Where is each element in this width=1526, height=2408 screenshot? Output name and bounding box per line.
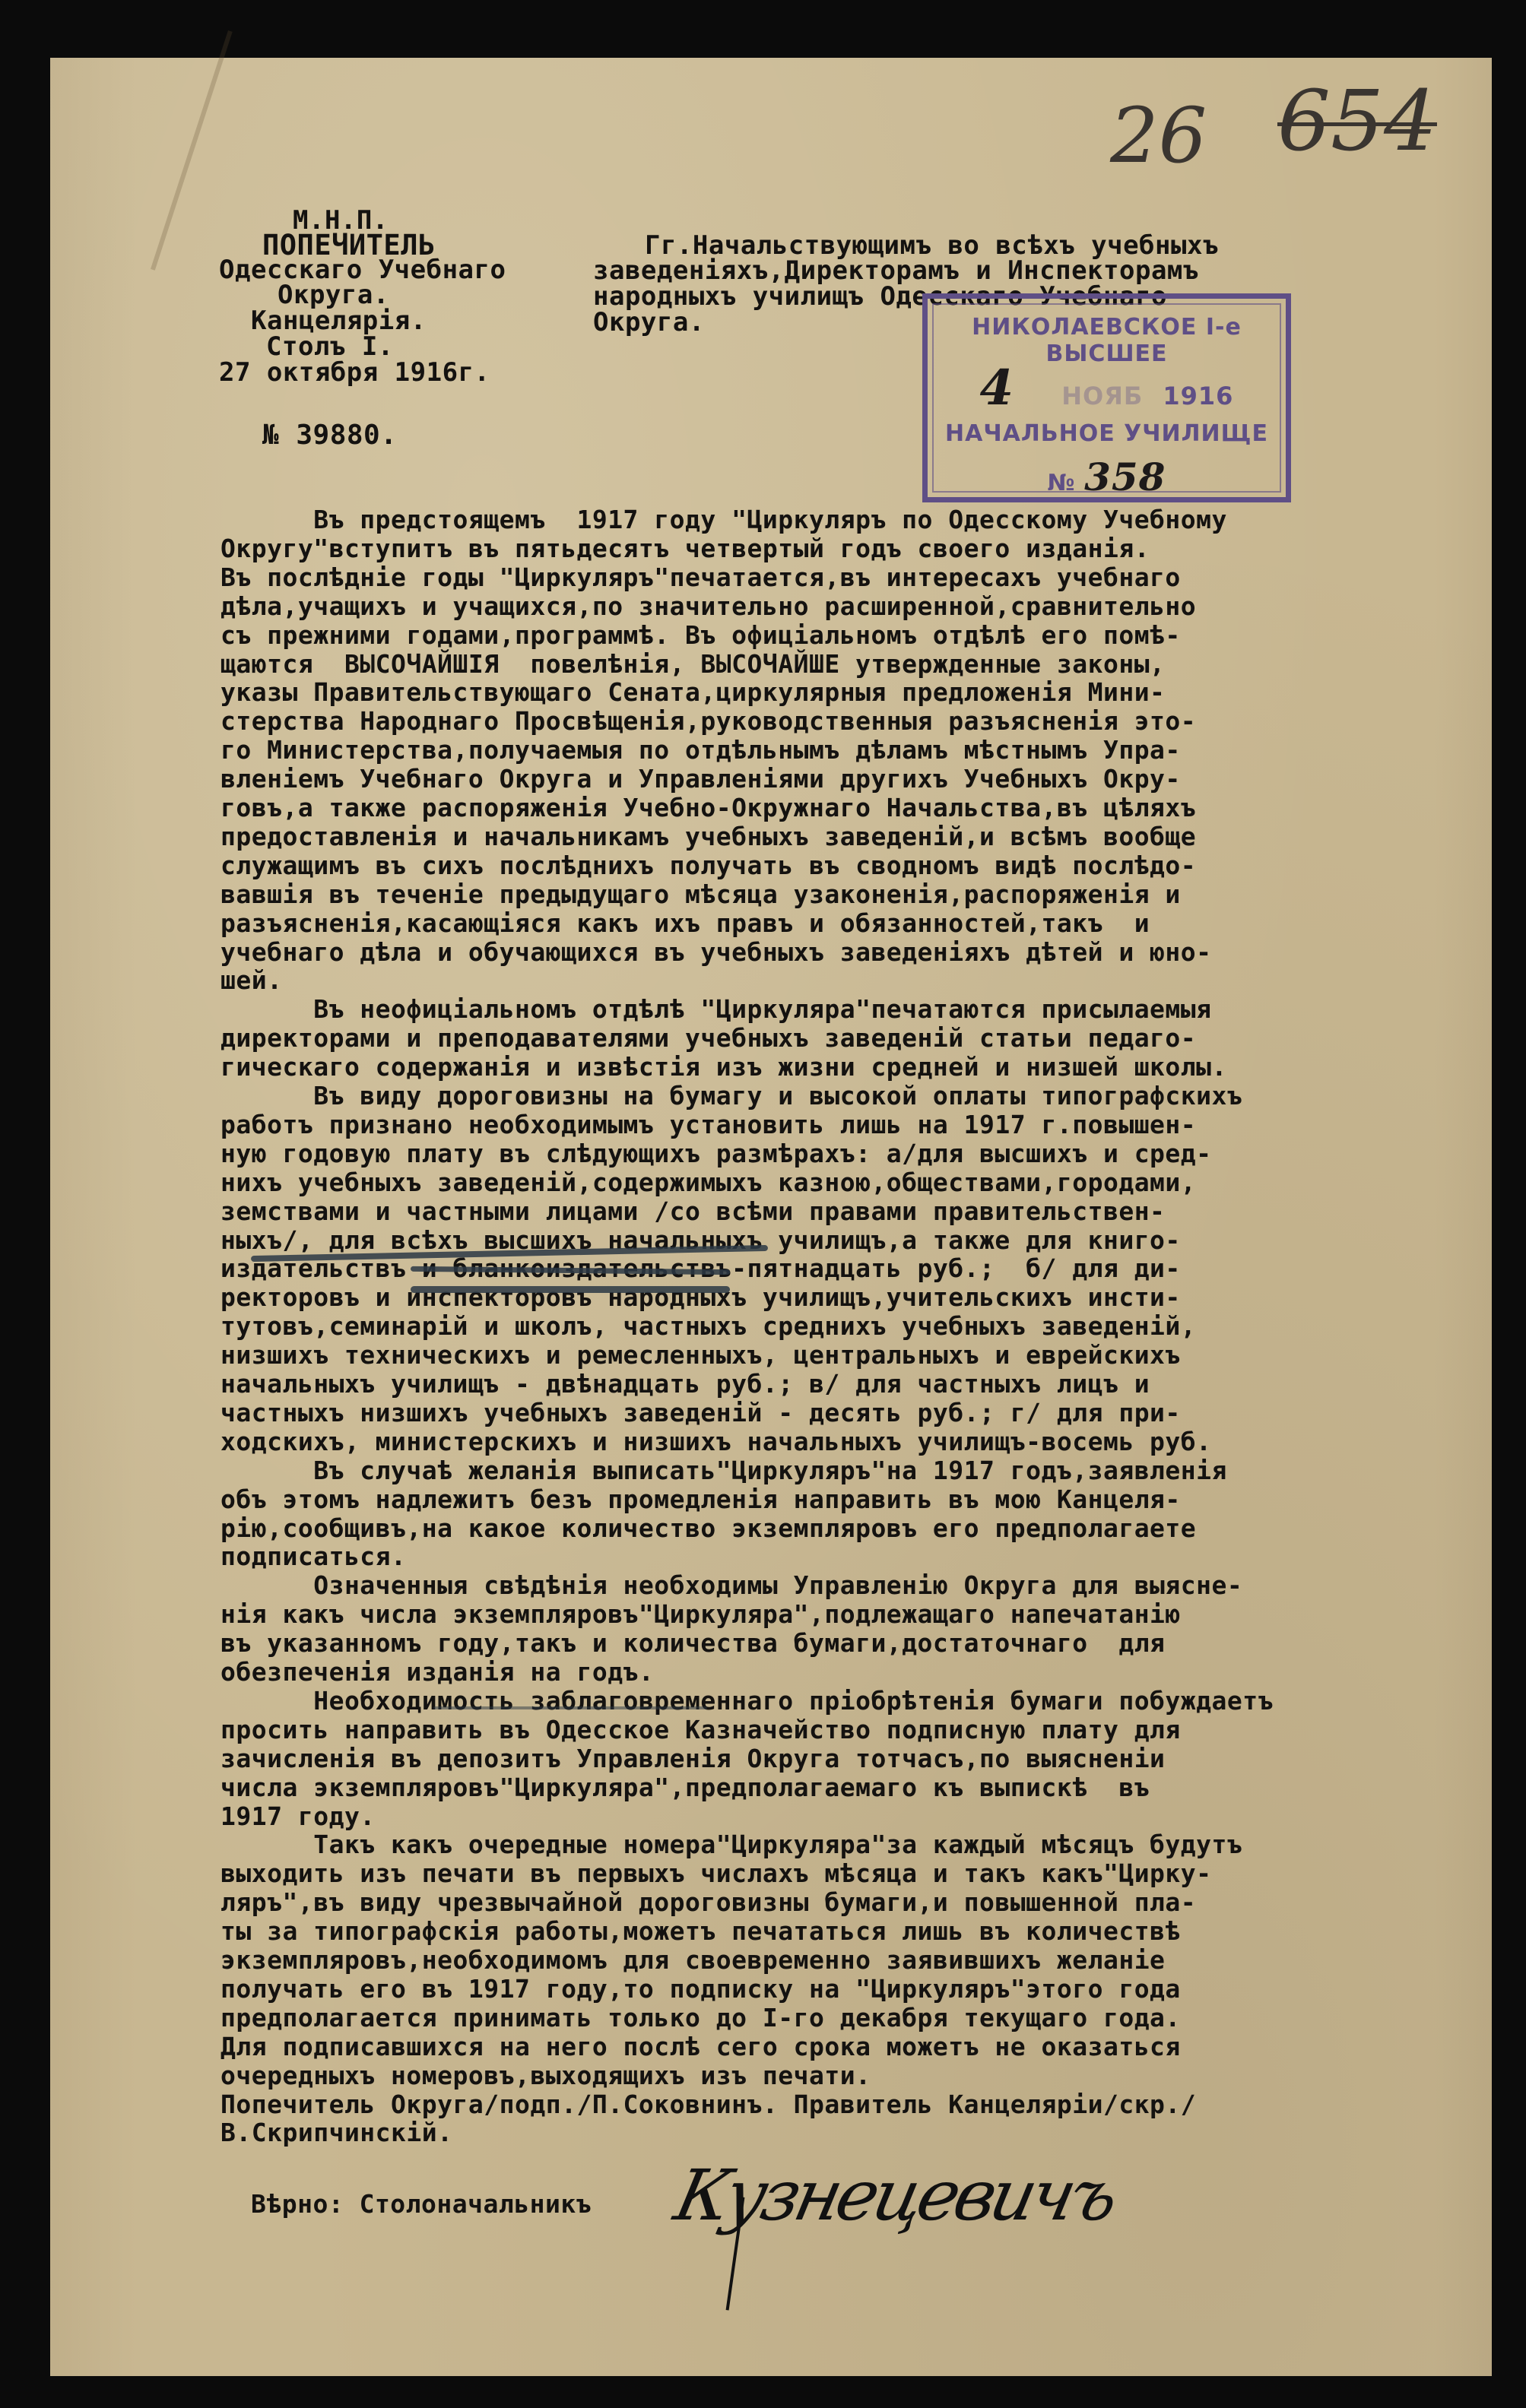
body-line: Округу"вступитъ въ пятьдесятъ четвертый …: [220, 534, 1150, 563]
body-line: вленіемъ Учебнаго Округа и Управленіями …: [220, 765, 1181, 794]
body-line: съ прежними годами,программѣ. Въ офиціал…: [220, 621, 1181, 650]
body-line: учебнаго дѣла и обучающихся въ учебныхъ …: [220, 938, 1212, 967]
body-line: говъ,а также распоряженія Учебно-Окружна…: [220, 794, 1196, 822]
body-line: щаются ВЫСОЧАЙШІЯ повелѣнія, ВЫСОЧАЙШЕ у…: [220, 650, 1165, 679]
pen-underline-mark: [433, 1706, 707, 1709]
stamp-year: 1916: [1163, 382, 1233, 410]
body-line: обезпеченія изданія на годъ.: [220, 1658, 654, 1687]
body-line: 1917 году.: [220, 1802, 376, 1831]
body-line: ты за типографскія работы,можетъ печатат…: [220, 1917, 1181, 1946]
stamp-number-label: №: [1048, 470, 1076, 496]
body-line: директорами и преподавателями учебныхъ з…: [220, 1024, 1196, 1053]
stamp-number: № 358: [928, 455, 1286, 499]
body-line: Въ неофиціальномъ отдѣлѣ "Циркуляра"печа…: [220, 995, 1212, 1024]
body-line: частныхъ низшихъ учебныхъ заведеній - де…: [220, 1399, 1181, 1427]
body-line: ную годовую плату въ слѣдующихъ размѣрах…: [220, 1139, 1212, 1168]
body-line: нія какъ числа экземпляровъ"Циркуляра",п…: [220, 1600, 1181, 1629]
body-line: Въ послѣдніе годы "Циркуляръ"печатается,…: [220, 563, 1181, 592]
body-line: выходить изъ печати въ первыхъ числахъ м…: [220, 1859, 1212, 1888]
body-line: получать его въ 1917 году,то подписку на…: [220, 1975, 1181, 2004]
stamp-number-handwritten: 358: [1084, 455, 1166, 501]
body-line: Означенныя свѣдѣнія необходимы Управлені…: [220, 1571, 1242, 1600]
body-line: указы Правительствующаго Сената,циркуляр…: [220, 678, 1165, 707]
body-line: предоставленія и начальникамъ учебныхъ з…: [220, 822, 1196, 851]
body-line: числа экземпляровъ"Циркуляра",предполага…: [220, 1773, 1150, 1802]
body-line: экземпляровъ,необходимомъ для своевремен…: [220, 1946, 1165, 1975]
body-line: Въ предстоящемъ 1917 году "Циркуляръ по …: [220, 505, 1227, 534]
body-line: подписаться.: [220, 1542, 406, 1571]
body-line: зачисленія въ депозитъ Управленія Округа…: [220, 1744, 1165, 1773]
body-line: рію,сообщивъ,на какое количество экземпл…: [220, 1514, 1196, 1543]
body-line: служащимъ въ сихъ послѣднихъ получать въ…: [220, 851, 1196, 880]
body-line: просить направить въ Одесское Казначейст…: [220, 1716, 1181, 1744]
body-line: го Министерства,получаемыя по отдѣльнымъ…: [220, 736, 1181, 765]
body-line: ходскихъ, министерскихъ и низшихъ началь…: [220, 1427, 1212, 1456]
body-line: гическаго содержанія и извѣстія изъ жизн…: [220, 1053, 1227, 1082]
body-line: Для подписавшихся на него послѣ сего сро…: [220, 2033, 1181, 2061]
body-line: дѣла,учащихъ и учащихся,по значительно р…: [220, 592, 1196, 621]
body-line: В.Скрипчинскій.: [220, 2118, 453, 2147]
stamp-date: 4 НОЯБ 1916: [928, 360, 1286, 417]
body-line: ляръ",въ виду чрезвычайной дороговизны б…: [220, 1888, 1196, 1917]
body-line: начальныхъ училищъ - двѣнадцать руб.; в/…: [220, 1370, 1150, 1399]
body-line: шей.: [220, 966, 282, 995]
addressee-line4: Округа.: [593, 307, 705, 337]
body-line: вавшія въ теченіе предыдущаго мѣсяца уза…: [220, 880, 1181, 909]
body-line: нихъ учебныхъ заведеній,содержимыхъ казн…: [220, 1168, 1196, 1197]
body-line: Необходимость заблаговременнаго пріобрѣт…: [220, 1687, 1274, 1716]
body-line: стерства Народнаго Просвѣщенія,руководст…: [220, 707, 1196, 736]
pen-underline-mark: [411, 1286, 730, 1293]
received-stamp: НИКОЛАЕВСКОЕ I-е ВЫСШЕЕ 4 НОЯБ 1916 НАЧА…: [922, 293, 1291, 502]
body-line: земствами и частными лицами /со всѣми пр…: [220, 1197, 1165, 1226]
body-line: очередныхъ номеровъ,выходящихъ изъ печат…: [220, 2061, 871, 2090]
body-line: объ этомъ надлежитъ безъ промедленія нап…: [220, 1485, 1181, 1514]
body-line: Въ виду дороговизны на бумагу и высокой …: [220, 1082, 1242, 1111]
body-line: работъ признано необходимымъ установить …: [220, 1111, 1196, 1139]
body-line: Попечитель Округа/подп./П.Соковнинъ. Пра…: [220, 2090, 1196, 2119]
stamp-day-handwritten: 4: [980, 360, 1015, 417]
body-line: въ указанномъ году,такъ и количества бум…: [220, 1629, 1165, 1658]
body-line: Въ случаѣ желанія выписать"Циркуляръ"на …: [220, 1456, 1227, 1485]
archive-sheet-number: 26: [1110, 91, 1207, 180]
body-line: тутовъ,семинарій и школъ, частныхъ средн…: [220, 1312, 1196, 1341]
certification-label: Вѣрно: Столоначальникъ: [251, 2189, 592, 2219]
body-line: низшихъ техническихъ и ремесленныхъ, цен…: [220, 1341, 1181, 1370]
stamp-school-type: НАЧАЛЬНОЕ УЧИЛИЩЕ: [928, 420, 1286, 447]
stamp-month: НОЯБ: [1061, 382, 1143, 410]
document-date: 27 октября 1916г.: [219, 357, 490, 388]
body-line: разъясненія,касающіяся какъ ихъ правъ и …: [220, 909, 1150, 938]
body-line: Такъ какъ очередные номера"Циркуляра"за …: [220, 1830, 1242, 1859]
signature: Кузнецевичъ: [668, 2155, 1122, 2236]
archive-old-number: 654: [1277, 72, 1437, 170]
document-number: № 39880.: [262, 420, 397, 451]
body-line: предполагается принимать только до I-го …: [220, 2004, 1181, 2033]
